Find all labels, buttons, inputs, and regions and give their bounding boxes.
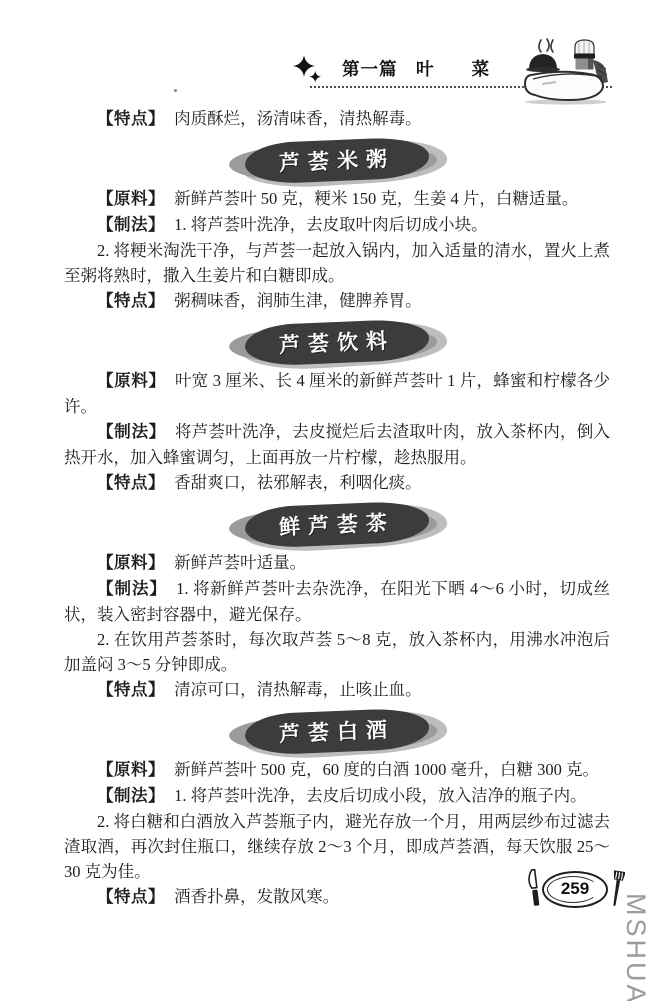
ingredients-text: 新鲜芦荟叶 500 克，60 度的白酒 1000 毫升，白糖 300 克。 — [174, 760, 599, 779]
method-label: 【制法】 — [97, 580, 167, 598]
ingredients-line: 【原料】叶宽 3 厘米、长 4 厘米的新鲜芦荟叶 1 片，蜂蜜和柠檬各少许。 — [64, 368, 610, 419]
feature-label: 【特点】 — [97, 474, 165, 492]
watermark-text: MSHUA — [620, 893, 651, 1001]
feature-text: 香甜爽口，祛邪解表，利咽化痰。 — [174, 473, 422, 492]
scan-speck — [174, 89, 177, 92]
feature-label: 【特点】 — [97, 681, 165, 699]
feature-text: 肉质酥烂，汤清味香，清热解毒。 — [174, 109, 422, 128]
method-line: 【制法】将芦荟叶洗净，去皮搅烂后去渣取叶肉，放入茶杯内，倒入热开水，加入蜂蜜调匀… — [64, 419, 610, 470]
feature-line: 【特点】香甜爽口，祛邪解表，利咽化痰。 — [64, 470, 610, 496]
method-step-2: 2. 在饮用芦荟茶时，每次取芦荟 5～8 克，放入茶杯内，用沸水冲泡后加盖闷 3… — [64, 627, 610, 677]
method-label: 【制法】 — [97, 787, 165, 805]
feature-label: 【特点】 — [97, 110, 165, 128]
ingredients-label: 【原料】 — [97, 372, 166, 390]
recipe-title: 芦荟饮料 — [279, 330, 396, 358]
method-step-2: 2. 将粳米淘洗干净，与芦荟一起放入锅内，加入适量的清水，置火上煮至粥将熟时，撒… — [64, 238, 610, 288]
book-page: 第一篇 叶 菜 【特点】肉质酥烂，汤清味香，清热解毒 — [0, 0, 664, 1001]
chapter-title: 第一篇 叶 菜 — [342, 56, 490, 81]
method-line: 【制法】1. 将芦荟叶洗净，去皮后切成小段，放入洁净的瓶子内。 — [64, 783, 610, 809]
ingredients-label: 【原料】 — [97, 190, 165, 208]
intro-feature-line: 【特点】肉质酥烂，汤清味香，清热解毒。 — [64, 106, 610, 132]
page-number: 259 — [561, 879, 589, 899]
ingredients-label: 【原料】 — [97, 761, 165, 779]
method-line: 【制法】1. 将新鲜芦荟叶去杂洗净，在阳光下晒 4～6 小时，切成丝状，装入密封… — [64, 576, 610, 627]
feature-label: 【特点】 — [97, 292, 165, 310]
ingredients-text: 新鲜芦荟叶适量。 — [174, 553, 306, 572]
page-body: 【特点】肉质酥烂，汤清味香，清热解毒。 芦荟米粥 【原料】新鲜芦荟叶 50 克，… — [0, 106, 664, 910]
ingredients-line: 【原料】新鲜芦荟叶 50 克，粳米 150 克，生姜 4 片，白糖适量。 — [64, 186, 610, 212]
recipe-title-brush: 鲜芦荟茶 — [250, 500, 424, 548]
method-step-1: 1. 将芦荟叶洗净，去皮后切成小段，放入洁净的瓶子内。 — [174, 786, 587, 805]
method-label: 【制法】 — [97, 423, 166, 441]
ingredients-line: 【原料】新鲜芦荟叶适量。 — [64, 550, 610, 576]
feature-label: 【特点】 — [97, 888, 165, 906]
ingredients-text: 新鲜芦荟叶 50 克，粳米 150 克，生姜 4 片，白糖适量。 — [174, 189, 578, 208]
recipe-title-brush: 芦荟米粥 — [250, 136, 424, 184]
recipe-title: 芦荟白酒 — [279, 719, 396, 747]
knife-icon — [526, 869, 541, 909]
feature-text: 粥稠味香，润肺生津，健脾养胃。 — [174, 291, 422, 310]
chef-with-pot-icon — [518, 38, 616, 108]
method-step-1: 1. 将芦荟叶洗净，去皮取叶肉后切成小块。 — [174, 215, 488, 234]
method-label: 【制法】 — [97, 216, 165, 234]
recipe-title: 芦荟米粥 — [279, 148, 396, 176]
feature-text: 清凉可口，清热解毒，止咳止血。 — [174, 680, 422, 699]
recipe-title: 鲜芦荟茶 — [279, 512, 396, 540]
sparkle-stars-icon — [293, 55, 327, 89]
feature-line: 【特点】清凉可口，清热解毒，止咳止血。 — [64, 677, 610, 703]
recipe-title-brush: 芦荟白酒 — [250, 707, 424, 755]
ingredients-label: 【原料】 — [97, 554, 165, 572]
recipe-title-brush: 芦荟饮料 — [250, 318, 424, 366]
page-number-plate: 259 — [526, 869, 625, 909]
ingredients-line: 【原料】新鲜芦荟叶 500 克，60 度的白酒 1000 毫升，白糖 300 克… — [64, 757, 610, 783]
feature-line: 【特点】粥稠味香，润肺生津，健脾养胃。 — [64, 288, 610, 314]
feature-text: 酒香扑鼻，发散风寒。 — [174, 887, 339, 906]
plate-oval: 259 — [542, 871, 608, 908]
method-line: 【制法】1. 将芦荟叶洗净，去皮取叶肉后切成小块。 — [64, 212, 610, 238]
